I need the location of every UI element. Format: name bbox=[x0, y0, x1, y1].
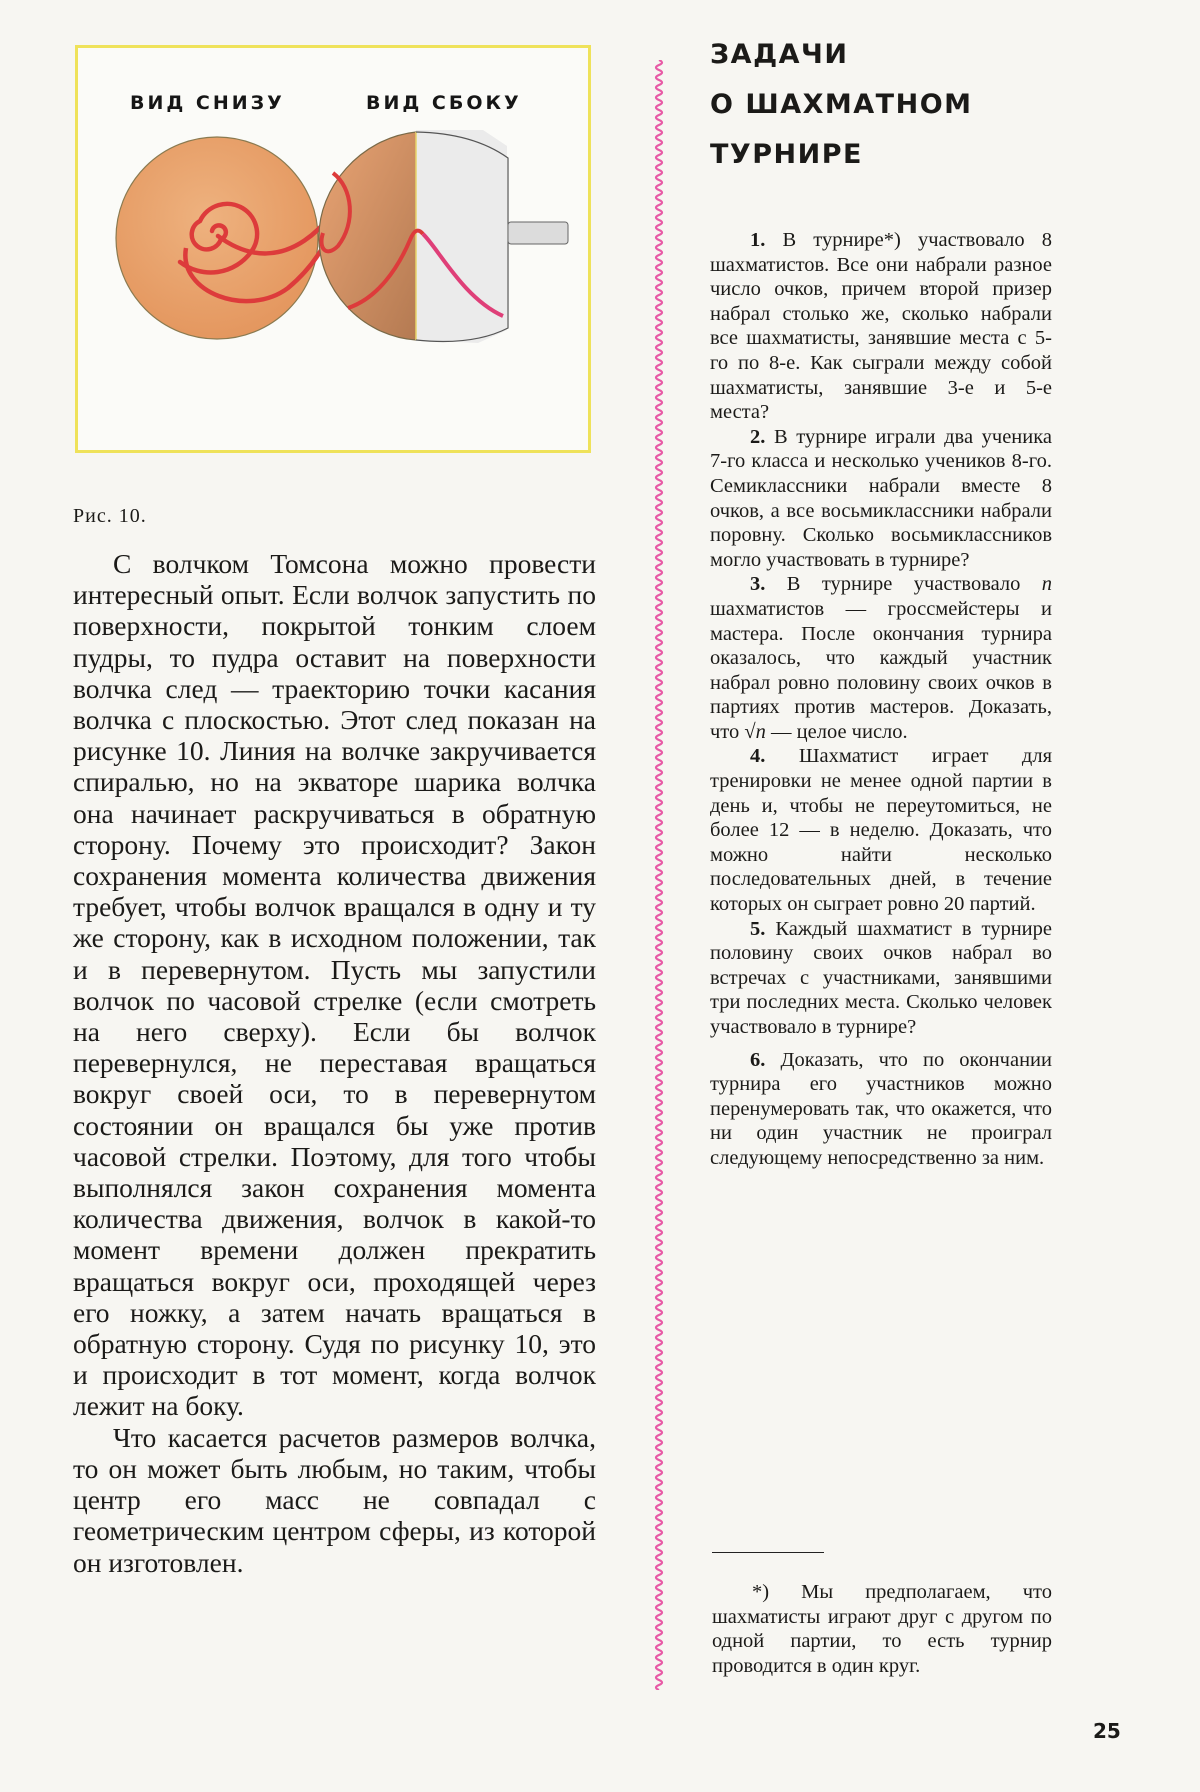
title-line: О ШАХМАТНОМ bbox=[710, 80, 973, 130]
problem-number: 2. bbox=[750, 426, 765, 448]
problem-number: 4. bbox=[750, 745, 765, 767]
problem-3: 3. В турнире участвовало n шахматистов —… bbox=[710, 572, 1052, 744]
problem-4: 4. Шахматист играет для тренировки не ме… bbox=[710, 744, 1052, 916]
problem-2: 2. В турнире играли два ученика 7-го кла… bbox=[710, 425, 1052, 573]
problems-list: 1. В турнире*) участвовало 8 шахматистов… bbox=[710, 228, 1052, 1171]
top-illustration bbox=[78, 48, 588, 450]
title-line: ЗАДАЧИ bbox=[710, 30, 973, 80]
problem-6: 6. Доказать, что по окончании турнира ег… bbox=[710, 1048, 1052, 1171]
problem-number: 1. bbox=[750, 229, 765, 251]
problem-5: 5. Каждый шахматист в турнире половину с… bbox=[710, 917, 1052, 1040]
paragraph: С волчком Томсона можно провести интерес… bbox=[73, 548, 596, 1422]
problem-1: 1. В турнире*) участвовало 8 шахматистов… bbox=[710, 228, 1052, 425]
paragraph: Что касается расчетов размеров волчка, т… bbox=[73, 1422, 596, 1578]
variable-n: n bbox=[1042, 573, 1052, 595]
wavy-divider bbox=[652, 60, 666, 1690]
page-number: 25 bbox=[1093, 1719, 1121, 1743]
problem-number: 5. bbox=[750, 918, 765, 940]
footnote-rule bbox=[712, 1552, 824, 1553]
figure-caption: Рис. 10. bbox=[73, 505, 147, 528]
side-view-sphere bbox=[319, 130, 568, 343]
section-title: ЗАДАЧИ О ШАХМАТНОМ ТУРНИРЕ bbox=[710, 30, 973, 180]
problem-number: 3. bbox=[750, 573, 765, 595]
bottom-view-sphere bbox=[116, 137, 340, 339]
figure-10: ВИД СНИЗУ ВИД СБОКУ bbox=[75, 45, 591, 453]
footnote: *) Мы предполагаем, что шахматисты играю… bbox=[712, 1580, 1052, 1678]
title-line: ТУРНИРЕ bbox=[710, 130, 973, 180]
left-column-text: С волчком Томсона можно провести интерес… bbox=[73, 548, 596, 1578]
problem-number: 6. bbox=[750, 1049, 765, 1071]
sqrt-formula: √n bbox=[744, 721, 766, 743]
